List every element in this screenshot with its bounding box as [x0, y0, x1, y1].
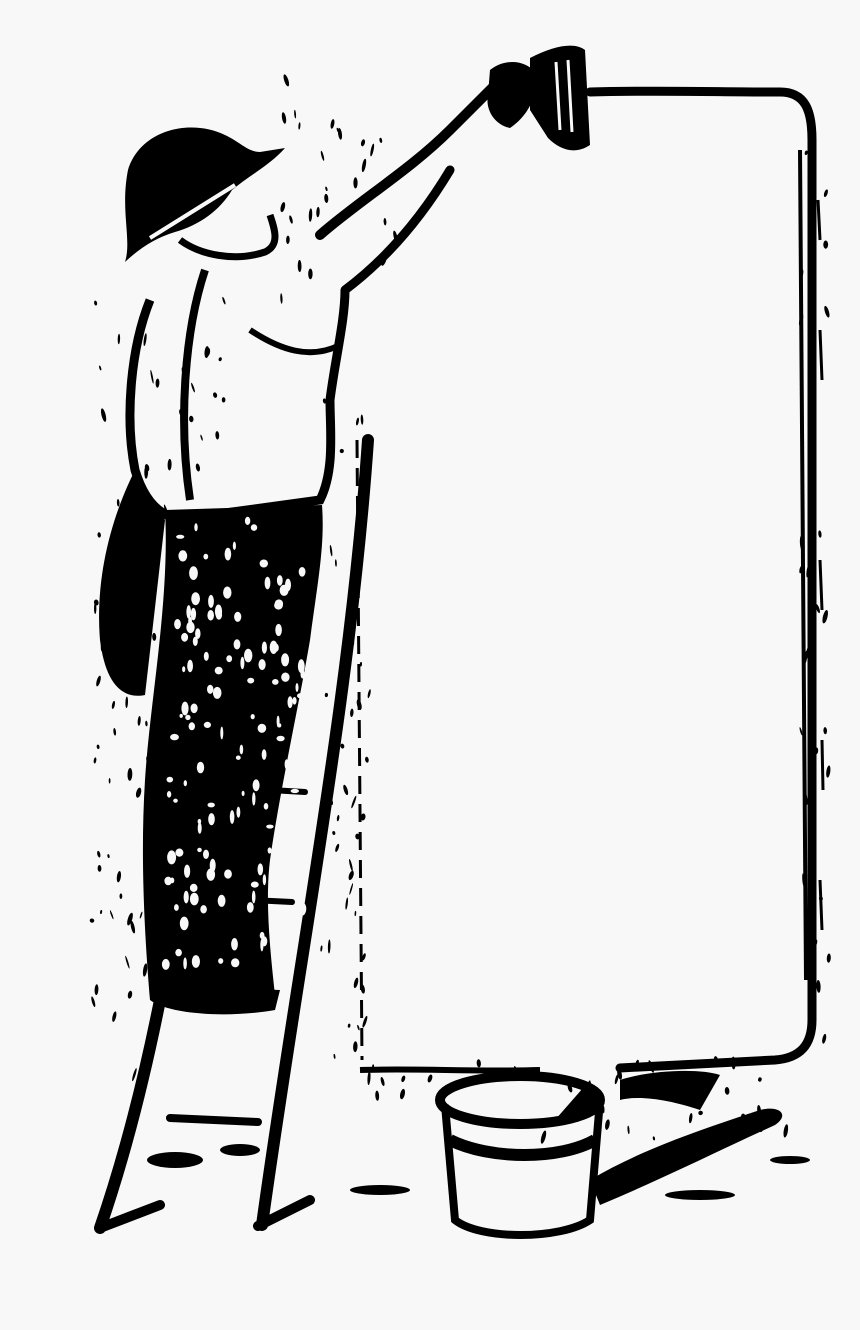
- painter-illustration: [0, 0, 860, 1330]
- illustration-canvas: [0, 0, 860, 1330]
